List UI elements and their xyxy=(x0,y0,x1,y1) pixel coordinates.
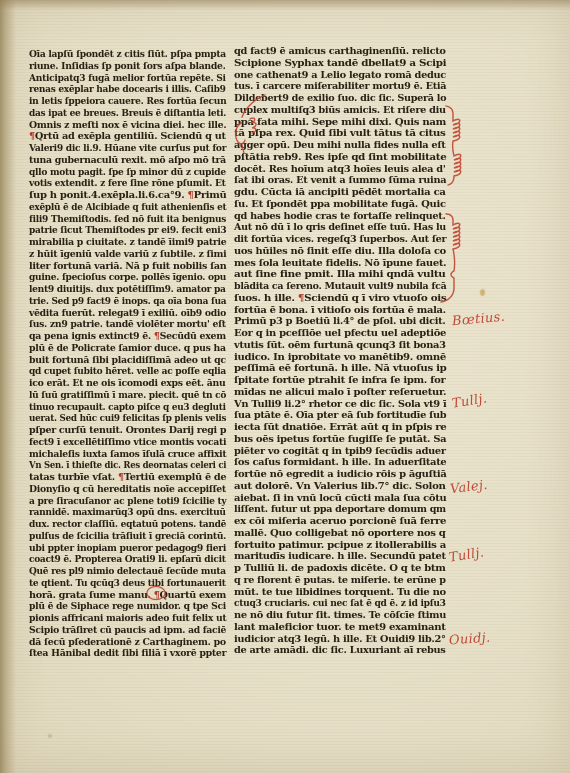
text-line: qa pena ignis extinct9 ē. ¶Secūdū exem xyxy=(29,331,226,343)
pilcrow-mark: ¶ xyxy=(298,293,304,304)
text-line: tatas turbīe vſat. ¶Tertiū exemplū ē de xyxy=(29,472,226,484)
text-line: ico erāt. Et ne ois īcomodi exps eēt. ān… xyxy=(29,378,226,390)
text-line: a pre ſiracuſanor ac plene toti9 ſcicili… xyxy=(29,496,226,508)
text-line: iudicior atq3 legū. h ille. Et Ouidi9 li… xyxy=(234,634,446,646)
text-line: qd habes hodie cras te fortaſſe relinque… xyxy=(234,211,446,223)
text-line: q re florent ē putas. te miſerie. te erū… xyxy=(234,575,446,587)
text-line: de arte amādi. dic ſic. Luxuriant aī reb… xyxy=(234,645,446,657)
text-line: ſat ibi oras. Et venit a ſummo ſūma ruin… xyxy=(234,175,446,187)
text-line: peſſimā eē fortunā. h ille. Nā vtuoſus i… xyxy=(234,363,446,375)
text-line: fortūa ē bona. ī vitioſo ois fortūa ē ma… xyxy=(234,305,446,317)
text-line: uos hūiles nō ſinit eſſe diu. Illa doloſ… xyxy=(234,246,446,258)
margin-annotation-vale: Valej. xyxy=(449,478,488,497)
text-column-left: Oīa lapſū ſpondēt z citis ſiūt. pſpa pmp… xyxy=(29,49,226,660)
text-line: trie. Sed p9 fact9 ē inops. qa oīa bona … xyxy=(29,296,226,308)
text-line: ppa fata mihi. Sepe mihi dixi. Quis nam xyxy=(234,117,446,129)
pilcrow-mark: ¶ xyxy=(118,472,124,483)
text-line: horā. grata ſume manu. ¶Quartū exem xyxy=(29,590,226,602)
text-line: riune. Inſidias ſp ponit ſors aſpa bland… xyxy=(29,61,226,73)
text-line: ſua ptāte ē. Oīa pter eā ſub fortitudīe … xyxy=(234,410,446,422)
text-line: tinuo recupauit. capto piſce q eu3 deglu… xyxy=(29,402,226,414)
text-line: Scipio trāſiret cū paucis ad ipm. ad fac… xyxy=(29,625,226,637)
text-line: te qtient. Tu qcūq3 deus tibi fortunauer… xyxy=(29,578,226,590)
margin-annotation-tully-2: Tullj. xyxy=(448,545,485,565)
text-line: ubi ppter inopiam pueror pedagog9 fieri xyxy=(29,543,226,555)
text-line: Eor q in pceſſiōe uel pfectu uel adeptiō… xyxy=(234,328,446,340)
text-line: ſtea Hānibal dedit ſibi filiā ī vxorē pp… xyxy=(29,648,226,660)
text-line: ſu. Et ſpondēt ppa mobilitate fugā. Quic xyxy=(234,199,446,211)
text-line: fortuito patimur. pcipue z itollerabilis… xyxy=(234,540,446,552)
text-line: dā ſecū pſederationē z Carthaginem. po xyxy=(29,637,226,649)
pilcrow-mark: ¶ xyxy=(154,331,160,342)
text-line: rannidē. maximarūq3 opū dns. exercituū xyxy=(29,507,226,519)
text-line: Dildebert9 de exilio ſuo. dic ſic. Super… xyxy=(234,93,446,105)
margin-annotation-tully-1: Tullj. xyxy=(451,391,488,411)
text-line: in letis ſppeiora cauere. Res fortūa ſec… xyxy=(29,96,226,108)
text-line: Omnis z meſti nox ē vicina diei. hec ill… xyxy=(29,120,226,132)
text-line: iecta ſūt dnatiōe. Errāt aūt q in pſpis … xyxy=(234,422,446,434)
text-line: ſos caſus formidant. h ille. In aduerſit… xyxy=(234,457,446,469)
text-line: agger opū. Deu mihi nulla fides nulla eſ… xyxy=(234,140,446,152)
text-line: aut dolorē. Vn Valerius lib.7° dic. Solo… xyxy=(234,481,446,493)
text-line: bus oēs ipetus fortūe fugiſſe ſe putāt. … xyxy=(234,434,446,446)
text-line: mes ſola leuitate fidelis. Nō īpune faue… xyxy=(234,258,446,270)
text-line: Scipione Syphax tandē dbellat9 a Scipi xyxy=(234,58,446,70)
text-line: ſuos. h ille. ¶Sciendū q ī viro vtuoſo o… xyxy=(234,293,446,305)
text-line: qd fact9 ē amicus carthaginenſiū. relict… xyxy=(234,46,446,58)
text-line: mīdas ne alicui malo ī poſter reſeruetur… xyxy=(234,387,446,399)
text-line: aut ſine fine pmit. Illa mihi qndā vultu xyxy=(234,269,446,281)
text-line: mallē. Quo colligebat nō oportere nos q xyxy=(234,528,446,540)
text-line: patrie ſicut Themiſtodes pr ei9. fecit e… xyxy=(29,225,226,237)
text-line: renas exēplar habe docearis i illis. Caſ… xyxy=(29,84,226,96)
text-line: ſpitate fortūe ptrahit ſe infra ſe ipm. … xyxy=(234,375,446,387)
pilcrow-mark: ¶ xyxy=(154,590,160,601)
text-line: iudico. In iprobitate vo manētib9. omnē xyxy=(234,352,446,364)
page-gutter-shadow xyxy=(0,0,16,773)
text-line: dit fortūa vices. regeſq3 ſuperbos. Aut … xyxy=(234,234,446,246)
text-line: ctuq3 cruciaris. cui nec ſat ē qd ē. z i… xyxy=(234,598,446,610)
text-line: aiebat. ſi in vnū locū cūcti mala ſua cō… xyxy=(234,493,446,505)
text-line: exēplū ē de Alcibiade q fuit athenienſis… xyxy=(29,202,226,214)
text-line: plū ē de Siphace rege numidor. q tpe Sci xyxy=(29,601,226,613)
text-line: coact9 ē. Propterea Orati9 li. epſarū di… xyxy=(29,554,226,566)
margin-bracket-upper-icon xyxy=(446,106,461,185)
text-line: lant maleficior tuor. te met9 examinant xyxy=(234,622,446,634)
text-line: fortūe nō egredit a iudicio rōis p āguſt… xyxy=(234,469,446,481)
text-line: liſſent. futur ut ppa deportare domum qm xyxy=(234,504,446,516)
text-line: tā pſpa rex. Quid ſibi vult tātus tā cit… xyxy=(234,128,446,140)
text-line: pulſus de ſcicilia trāſiuit ī greciā cor… xyxy=(29,531,226,543)
text-line: guine. ſpecioſus corpe. pollēs īgenio. o… xyxy=(29,272,226,284)
text-line: vēdita fuerūt. relegat9 ī exiliū. oīb9 o… xyxy=(29,308,226,320)
text-line: uerat. Sed hūc cui9 felicitas ſp plenis … xyxy=(29,413,226,425)
pilcrow-mark: ¶ xyxy=(29,131,35,142)
text-line: dux. rector claſſiū. eqtatuū potens. tan… xyxy=(29,519,226,531)
text-line: one cathenat9 a Lelio legato romā deduc xyxy=(234,70,446,82)
text-line: Anticipatq3 fugā melior fortūa repēte. S… xyxy=(29,73,226,85)
text-line: pſtātia reb9. Res ipſe qd ſint mobilitat… xyxy=(234,152,446,164)
text-line: cuplex multiſq3 biūs amicis. Et riſere d… xyxy=(234,105,446,117)
text-line: Quē res pl9 nimio delectauē ſecūde muta xyxy=(29,566,226,578)
text-line: Aut nō dū ī lo qris deſinet eſſe tuū. Ha… xyxy=(234,222,446,234)
text-line: lent9 diuitijs. dux potētiſſim9. amator … xyxy=(29,284,226,296)
text-line: Vn Tulli9 li.2° rhetor ce dic ſic. Sola … xyxy=(234,399,446,411)
text-line: docēt. Res hoīum atq3 hoīes leuis alea d… xyxy=(234,164,446,176)
text-line: fect9 ī excellētiſſimo vtice montis voca… xyxy=(29,437,226,449)
text-line: ex cōi miſeria aceruo porcionē ſuā ferre xyxy=(234,516,446,528)
text-line: michaleſis iuxta ſamos īſulā cruce affix… xyxy=(29,449,226,461)
text-line: piēter vo cogitāt q in tpib9 ſecūdis adu… xyxy=(234,446,446,458)
text-line: das ipat ee breues. Breuis ē diſtantia l… xyxy=(29,108,226,120)
margin-annotation-boetius: Bœtius. xyxy=(451,310,505,330)
text-line: p Tulliū li. de padoxis dicēte. O q te b… xyxy=(234,563,446,575)
text-line: lū ſuū gratiſſimū ī mare. piecit. quē tn… xyxy=(29,390,226,402)
text-line: z hūit īgeniū valde variū z ſubtile. z ſ… xyxy=(29,249,226,261)
page-top-shadow xyxy=(0,0,570,10)
text-line: tus. ī carcere miſerabiliter mortu9 ē. E… xyxy=(234,81,446,93)
pilcrow-mark: ¶ xyxy=(188,190,194,201)
text-line: Oīa lapſū ſpondēt z citis ſiūt. pſpa pmp… xyxy=(29,49,226,61)
text-line: votis extendit. z fere ſine rōne pſumit.… xyxy=(29,178,226,190)
text-line: mirabilia p ciuitate. z tandē īimi9 patr… xyxy=(29,237,226,249)
text-line: vtutis ſūt. oēm furtunā qcunq3 ſit bona3 xyxy=(234,340,446,352)
text-line: fili9 Themiſtodis. ſed nō fuit ita benig… xyxy=(29,214,226,226)
text-line: Dionyſio q cū hereditatis noīe accepiſſe… xyxy=(29,484,226,496)
book-page-photo: Oīa lapſū ſpondēt z citis ſiūt. pſpa pmp… xyxy=(0,0,570,773)
text-line: ¶Qrtū ad exēpla gentiliū. Sciendū q ut xyxy=(29,131,226,143)
text-line: buit fortunā ſibi placidiſſimā adeo ut q… xyxy=(29,355,226,367)
text-line: gdu. Cūcta iā ancipiti pēdēt mortalia ca xyxy=(234,187,446,199)
paper-speck xyxy=(480,289,485,296)
text-line: mūt. te tue libidines torquent. Tu die n… xyxy=(234,587,446,599)
text-line: Primū p3 p Boetiū li.4° de pſol. ubi dic… xyxy=(234,316,446,328)
text-line: pionis affricani maioris adeo fuit felix… xyxy=(29,613,226,625)
margin-annotation-ovid: Ouidj. xyxy=(449,631,491,649)
text-line: maritudīs iudicare. h ille. Secundū pate… xyxy=(234,551,446,563)
text-line: tuna gubernaculū rexit. mō aſpo mō trā xyxy=(29,155,226,167)
text-line: blādita ca ſereno. Mutauit vult9 nubila … xyxy=(234,281,446,293)
text-line: Vn Sen. ī thieſte dic. Res deornatas cel… xyxy=(29,460,226,472)
text-column-right: qd fact9 ē amicus carthaginenſiū. relict… xyxy=(234,46,446,657)
text-line: plū ē de Policrate ſamior duce. q pus ha xyxy=(29,343,226,355)
text-line: qllo motu pagit. ſpe ſp minor dū z cupid… xyxy=(29,167,226,179)
text-line: ſup h ponit.4.exēpla.li.6.ca°9. ¶Primū xyxy=(29,190,226,202)
text-line: ne nō diu futur ſit. times. Te cōſcīe ſt… xyxy=(234,610,446,622)
paper-speck xyxy=(48,734,52,738)
text-line: qd cupet ſubito hēret. velle ac poſſe eq… xyxy=(29,366,226,378)
text-line: ſus. zn9 patrie. tandē violēter mortu' e… xyxy=(29,319,226,331)
text-line: liter fortunā variā. Nā p fuit nobilis ſ… xyxy=(29,261,226,273)
text-line: Valeri9 dic li.9. Hūane vite curſus put … xyxy=(29,143,226,155)
text-line: pſper curſū tenuit. Orontes Darij regi p xyxy=(29,425,226,437)
